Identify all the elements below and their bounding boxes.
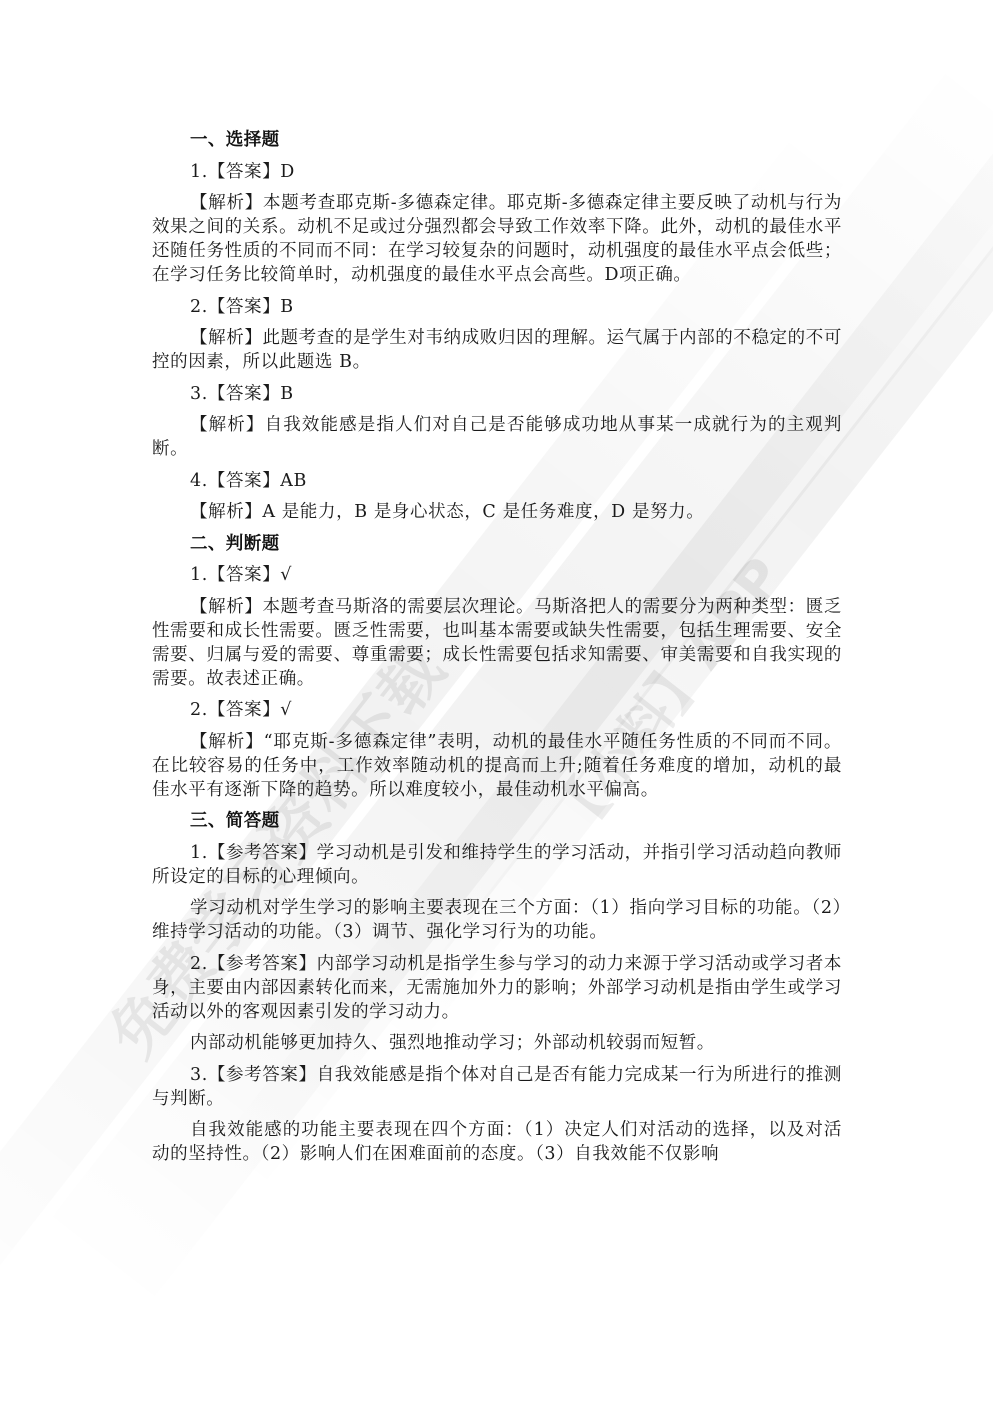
- reference-answer-paragraph: 1.【参考答案】学习动机是引发和维持学生的学习活动，并指引学习活动趋向教师所设定…: [152, 841, 842, 889]
- explanation-paragraph: 【解析】此题考查的是学生对韦纳成败归因的理解。运气属于内部的不稳定的不可控的因素…: [152, 326, 842, 374]
- answer-line: 2.【答案】B: [152, 295, 842, 319]
- answer-line: 4.【答案】AB: [152, 469, 842, 493]
- section-heading-short-answer: 三、简答题: [152, 809, 842, 833]
- reference-answer-paragraph: 2.【参考答案】内部学习动机是指学生参与学习的动力来源于学习活动或学习者本身，主…: [152, 952, 842, 1024]
- explanation-paragraph: 【解析】“耶克斯-多德森定律”表明，动机的最佳水平随任务性质的不同而不同。在比较…: [152, 730, 842, 802]
- reference-answer-paragraph: 自我效能感的功能主要表现在四个方面：（1）决定人们对活动的选择，以及对活动的坚持…: [152, 1118, 842, 1166]
- explanation-paragraph: 【解析】自我效能感是指人们对自己是否能够成功地从事某一成就行为的主观判断。: [152, 413, 842, 461]
- explanation-paragraph: 【解析】本题考查马斯洛的需要层次理论。马斯洛把人的需要分为两种类型：匮乏性需要和…: [152, 595, 842, 691]
- answer-document: 一、选择题 1.【答案】D 【解析】本题考查耶克斯-多德森定律。耶克斯-多德森定…: [152, 128, 842, 1174]
- answer-line: 1.【答案】√: [152, 563, 842, 587]
- explanation-paragraph: 【解析】A 是能力，B 是身心状态，C 是任务难度，D 是努力。: [152, 500, 842, 524]
- reference-answer-paragraph: 3.【参考答案】自我效能感是指个体对自己是否有能力完成某一行为所进行的推测与判断…: [152, 1063, 842, 1111]
- answer-line: 2.【答案】√: [152, 698, 842, 722]
- answer-line: 3.【答案】B: [152, 382, 842, 406]
- section-heading-choice: 一、选择题: [152, 128, 842, 152]
- reference-answer-paragraph: 内部动机能够更加持久、强烈地推动学习；外部动机较弱而短暂。: [152, 1031, 842, 1055]
- answer-line: 1.【答案】D: [152, 160, 842, 184]
- explanation-paragraph: 【解析】本题考查耶克斯-多德森定律。耶克斯-多德森定律主要反映了动机与行为效果之…: [152, 191, 842, 287]
- section-heading-judgment: 二、判断题: [152, 532, 842, 556]
- reference-answer-paragraph: 学习动机对学生学习的影响主要表现在三个方面：（1）指向学习目标的功能。（2）维持…: [152, 896, 842, 944]
